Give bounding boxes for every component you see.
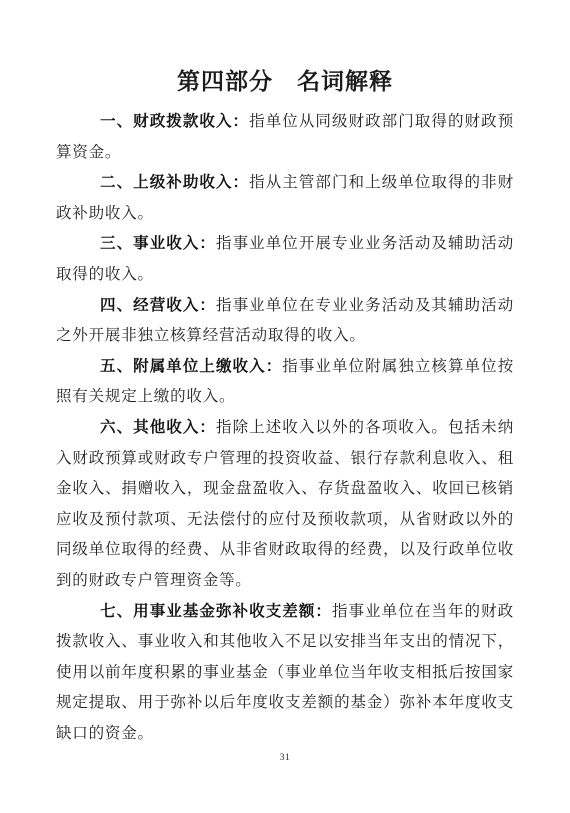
term-paragraph-1: 一、财政拨款收入：指单位从同级财政部门取得的财政预算资金。: [56, 107, 514, 168]
term-lead: 一、财政拨款收入：: [100, 113, 249, 130]
term-lead: 六、其他收入：: [100, 419, 216, 436]
term-paragraph-6: 六、其他收入：指除上述收入以外的各项收入。包括未纳入财政预算或财政专户管理的投资…: [56, 413, 514, 597]
term-lead: 五、附属单位上缴收入：: [100, 358, 282, 375]
term-lead: 三、事业收入：: [100, 235, 216, 252]
term-paragraph-7: 七、用事业基金弥补收支差额：指事业单位在当年的财政拨款收入、事业收入和其他收入不…: [56, 597, 514, 750]
term-lead: 二、上级补助收入：: [100, 174, 249, 191]
section-title: 第四部分 名词解释: [0, 63, 570, 96]
page-number: 31: [0, 753, 570, 763]
term-lead: 七、用事业基金弥补收支差额：: [100, 603, 332, 620]
terms-content: 一、财政拨款收入：指单位从同级财政部门取得的财政预算资金。 二、上级补助收入：指…: [56, 107, 514, 749]
document-page: 第四部分 名词解释 一、财政拨款收入：指单位从同级财政部门取得的财政预算资金。 …: [0, 0, 570, 813]
term-paragraph-4: 四、经营收入：指事业单位在专业业务活动及其辅助活动之外开展非独立核算经营活动取得…: [56, 291, 514, 352]
term-lead: 四、经营收入：: [100, 297, 216, 314]
term-paragraph-2: 二、上级补助收入：指从主管部门和上级单位取得的非财政补助收入。: [56, 168, 514, 229]
term-text: 指事业单位在当年的财政拨款收入、事业收入和其他收入不足以安排当年支出的情况下，使…: [56, 603, 514, 742]
term-paragraph-3: 三、事业收入：指事业单位开展专业业务活动及辅助活动取得的收入。: [56, 229, 514, 290]
term-text: 指除上述收入以外的各项收入。包括未纳入财政预算或财政专户管理的投资收益、银行存款…: [56, 419, 514, 589]
term-paragraph-5: 五、附属单位上缴收入：指事业单位附属独立核算单位按照有关规定上缴的收入。: [56, 352, 514, 413]
